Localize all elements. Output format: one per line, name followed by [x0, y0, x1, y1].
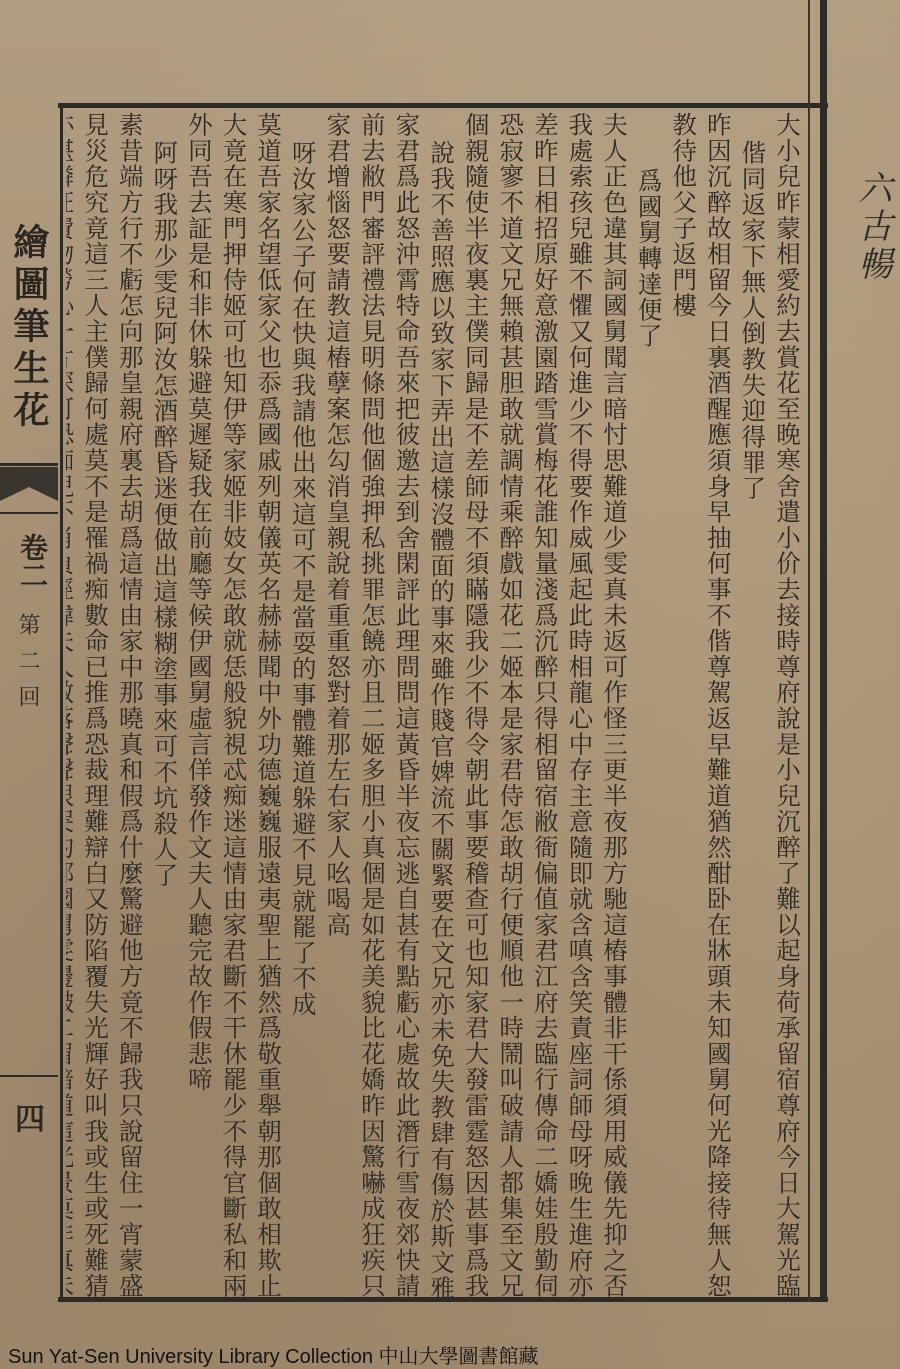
text-column: 莫道吾家名望低家父也忝爲國戚列朝儀英名赫赫聞中外功德巍巍服遠夷聖上猶然爲敬重舉朝… [251, 112, 286, 1298]
text-column: 家君增惱怒要請教這樁孽案怎勾消皇親說着重重怒對着那左右家人吆喝高 [320, 112, 355, 1298]
main-text-body: 大小兒昨蒙相愛約去賞花至晚寒舍遣小价去接時尊府說是小兒沉醉了難以起身荷承留宿尊府… [66, 112, 804, 1298]
fishtail-icon [0, 463, 58, 523]
book-title: 繪圖筆生花 [4, 223, 55, 433]
text-column: 見災危究竟這三人主僕歸何處莫不是罹禍痴數命已推爲恐裁理難辯白又防陷覆失光輝好叫我… [78, 112, 113, 1298]
banxin-margin: 繪圖筆生花 卷二 第二回 四 [0, 103, 58, 1302]
text-column: 大竟在寒門押侍姬可也知伊等家姬非妓女怎敢就恁般貌視忒痴迷這情由家君斷不干休罷少不… [216, 112, 251, 1298]
text-column: 昨因沉醉故相留今日裏酒醒應須身早抽何事不偕尊駕返早難道猶然酣卧在牀頭未知國舅何光… [700, 112, 735, 1298]
frame-right-outer-rule [820, 0, 827, 1302]
text-column: 亦堪憐枉費吻勞心一片深可恐痴兒不肖負經幃夫人數落聲聲恨哭的那國舅雯邊皺二眉暗道這… [66, 112, 78, 1298]
text-column: 我處索孩兒雖不懼又何進少不得要作威風起此時相龍心中存主意隨即就含嗔含笑責座詞師母… [562, 112, 597, 1298]
marginal-handwritten-note: 六古暢 [848, 170, 897, 284]
chapter-label: 第二回 [12, 613, 43, 721]
text-column: 教待他父子返門樓 [666, 112, 701, 1298]
frame-left-rule [60, 103, 63, 1302]
text-column: 呀汝家公子何在快與我請他出來這可不是當耍的事體難道躲避不見就罷了不成 [285, 112, 320, 1298]
page-number-rule [0, 1075, 58, 1077]
text-column: 前去敝門審評禮法見明條問他個強押私挑罪怎饒亦且二姬多胆小真個是如花美貌比花嬌昨因… [354, 112, 389, 1298]
text-column: 家君爲此怒沖霄特命吾來把彼邀去到舍閑評此理問問這黃昏半夜忘逃自甚有點虧心處故此潛… [389, 112, 424, 1298]
juan-label: 卷二 [12, 533, 52, 589]
text-column: 阿呀我那少雯兒阿汝怎酒醉昏迷便做出這樣糊塗事來可不坑殺人了 [147, 112, 182, 1298]
text-column: 大小兒昨蒙相愛約去賞花至晚寒舍遣小价去接時尊府說是小兒沉醉了難以起身荷承留宿尊府… [769, 112, 804, 1298]
text-column: 個親隨使半夜裏主僕同歸是不差師母不須瞞隱我少不得令朝此事要稽查可也知家君大發雷霆… [458, 112, 493, 1298]
text-column: 素昔端方行不虧怎向那皇親府裏去胡爲這情由家中那曉真和假爲什麼驚避他方竟不歸我只說… [112, 112, 147, 1298]
library-collection-caption: Sun Yat-Sen University Library Collectio… [8, 1340, 539, 1369]
text-column: 夫人正色違其詞國舅聞言暗忖思難道少雯真未返可作怪三更半夜那方馳這樁事體非干係須用… [596, 112, 631, 1298]
text-column: 說我不善照應以致家下弄出這樣沒體面的事來雖作賤官婢流不關緊要在文兄亦未免失教肆有… [423, 112, 458, 1298]
text-column: 偕同返家下無人倒教失迎得罪了 [735, 112, 770, 1298]
frame-right-inner-rule [808, 0, 810, 1302]
text-column: 爲國舅轉達便了 [631, 112, 666, 1298]
text-column: 恐寂寥不道文兄無賴甚胆敢就調情乘醉戲如花二姬本是家君侍怎敢胡行便順他一時鬧叫破請… [493, 112, 528, 1298]
text-column: 差昨日相招原好意激園踏雪賞梅花誰知量淺爲沉醉只得相留宿敝衙偏值家君江府去臨行傳命… [527, 112, 562, 1298]
text-column: 外同吾去証是和非休躲避莫遲疑我在前廳等候伊國舅虛言佯發作文夫人聽完故作假悲啼 [181, 112, 216, 1298]
page-number: 四 [4, 1103, 48, 1133]
